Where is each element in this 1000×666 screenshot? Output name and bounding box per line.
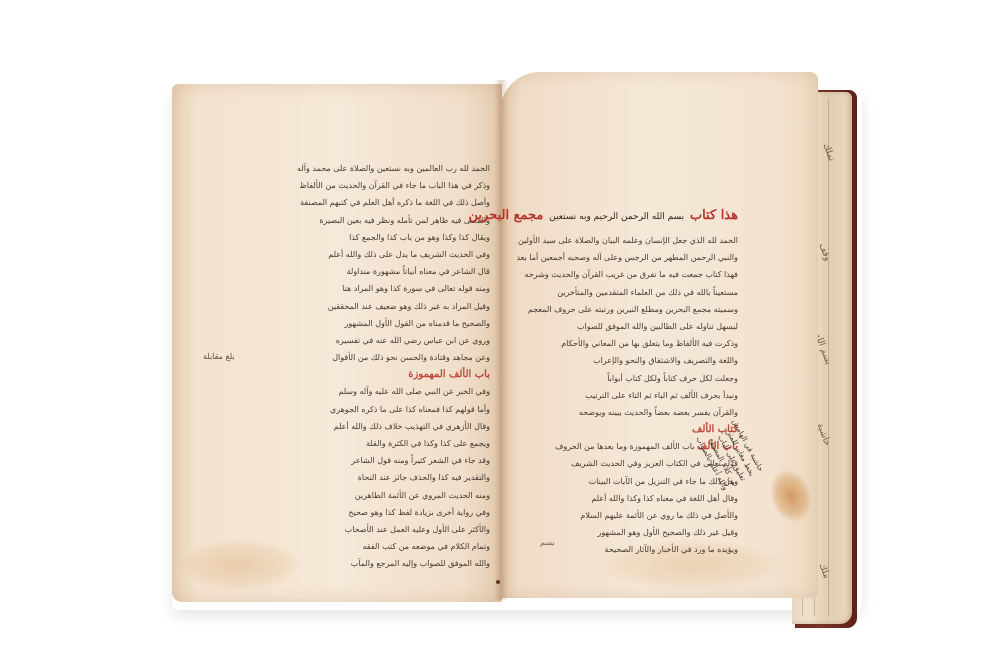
text-line: وقيل المراد به غير ذلك وهو ضعيف عند المح… — [262, 298, 490, 315]
text-line: وأصل ذلك في اللغة ما ذكره أهل العلم في ك… — [262, 194, 490, 211]
text-line: وقال الأزهري في التهذيب خلاف ذلك والله أ… — [262, 418, 490, 435]
ink-spot — [496, 580, 500, 584]
text-line: وفي الخبر عن النبي صلى الله عليه وآله وس… — [262, 383, 490, 400]
text-line: وذكرت فيه الألفاظ وما يتعلق بها من المعا… — [516, 335, 738, 352]
edge-note: تملك — [821, 142, 837, 163]
rubric-line: باب الألف المهموزة — [262, 366, 490, 383]
text-line: والأصل في ذلك ما روي عن الأئمة عليهم الس… — [516, 507, 738, 524]
text-line: فهذا كتاب جمعت فيه ما تفرق من غريب القرآ… — [516, 266, 738, 283]
text-line: ومنه قوله تعالى في سورة كذا وهو المراد ه… — [262, 280, 490, 297]
text-line: الحمد لله رب العالمين وبه نستعين والصلاة… — [262, 160, 490, 177]
text-line: والله الموفق للصواب وإليه المرجع والمآب — [262, 555, 490, 572]
book-gutter — [494, 80, 508, 600]
text-line: الحمد لله الذي جعل الإنسان وعلمه البيان … — [516, 232, 738, 249]
basmala: بسم الله الرحمن الرحيم وبه نستعين — [549, 212, 684, 222]
text-line: ويقال كذا وكذا وهو من باب كذا والجمع كذا — [262, 229, 490, 246]
text-line: وأما قولهم كذا فمعناه كذا على ما ذكره ال… — [262, 401, 490, 418]
edge-note: وقف — [817, 242, 833, 262]
text-line: ويجمع على كذا وكذا في الكثرة والقلة — [262, 435, 490, 452]
left-page-text: الحمد لله رب العالمين وبه نستعين والصلاة… — [262, 160, 490, 573]
book-title: مجمع البحرين — [468, 208, 543, 223]
text-line: وروي عن ابن عباس رضي الله عنه في تفسيره — [262, 332, 490, 349]
right-page-text: الحمد لله الذي جعل الإنسان وعلمه البيان … — [516, 232, 738, 559]
text-line: وسميته مجمع البحرين ومطلع النيرين ورتبته… — [516, 301, 738, 318]
text-line: وقد جاء في الشعر كثيراً ومنه قول الشاعر — [262, 452, 490, 469]
text-line: وفي رواية أخرى بزيادة لفظ كذا وهو صحيح — [262, 504, 490, 521]
text-line: قال الشاعر في معناه أبياتاً مشهورة متداو… — [262, 263, 490, 280]
text-line: والمعنى فيه ظاهر لمن تأمله ونظر فيه بعين… — [262, 212, 490, 229]
text-line: ليسهل تناوله على الطالبين والله الموفق ل… — [516, 318, 738, 335]
heading-prefix: هذا كتاب — [690, 208, 738, 223]
margin-note: بلغ مقابلة — [203, 352, 235, 361]
text-line: والصحيح ما قدمناه من القول الأول المشهور — [262, 315, 490, 332]
text-line: ونبدأ بحرف الألف ثم الباء ثم التاء على ا… — [516, 387, 738, 404]
text-line: والأكثر على الأول وعليه العمل عند الأصحا… — [262, 521, 490, 538]
catchword: بسم — [540, 538, 555, 547]
text-line: وجعلت لكل حرف كتاباً ولكل كتاب أبواباً — [516, 370, 738, 387]
rubric-heading: باب الألف المهموزة — [408, 369, 490, 380]
text-line: مستعيناً بالله في ذلك من العلماء المتقدم… — [516, 284, 738, 301]
opening-heading: هذا كتاب بسم الله الرحمن الرحيم وبه نستع… — [516, 208, 738, 223]
text-line: وعن مجاهد وقتادة والحسن نحو ذلك من الأقو… — [262, 349, 490, 366]
text-line: وتمام الكلام في موضعه من كتب الفقه — [262, 538, 490, 555]
manuscript-photo: تملك وقف بسم الله حاشية ملك بلغ مقابلة ا… — [0, 0, 1000, 666]
edge-note: ملك — [817, 562, 832, 580]
text-line: واللغة والتصريف والاشتقاق والنحو والإعرا… — [516, 352, 738, 369]
text-line: وفي الحديث الشريف ما يدل على ذلك والله أ… — [262, 246, 490, 263]
text-line: ومن ذلك ما جاء في التنزيل من الآيات البي… — [516, 473, 738, 490]
text-line: وذكر في هذا الباب ما جاء في القرآن والحد… — [262, 177, 490, 194]
text-line: والتقدير فيه كذا والحذف جائز عند النحاة — [262, 469, 490, 486]
text-line: ومنه الحديث المروي عن الأئمة الطاهرين — [262, 487, 490, 504]
text-line: وقال أهل اللغة في معناه كذا وكذا والله أ… — [516, 490, 738, 507]
text-line: والنبي الرحمن المطهر من الرجس وعلى آله و… — [516, 249, 738, 266]
